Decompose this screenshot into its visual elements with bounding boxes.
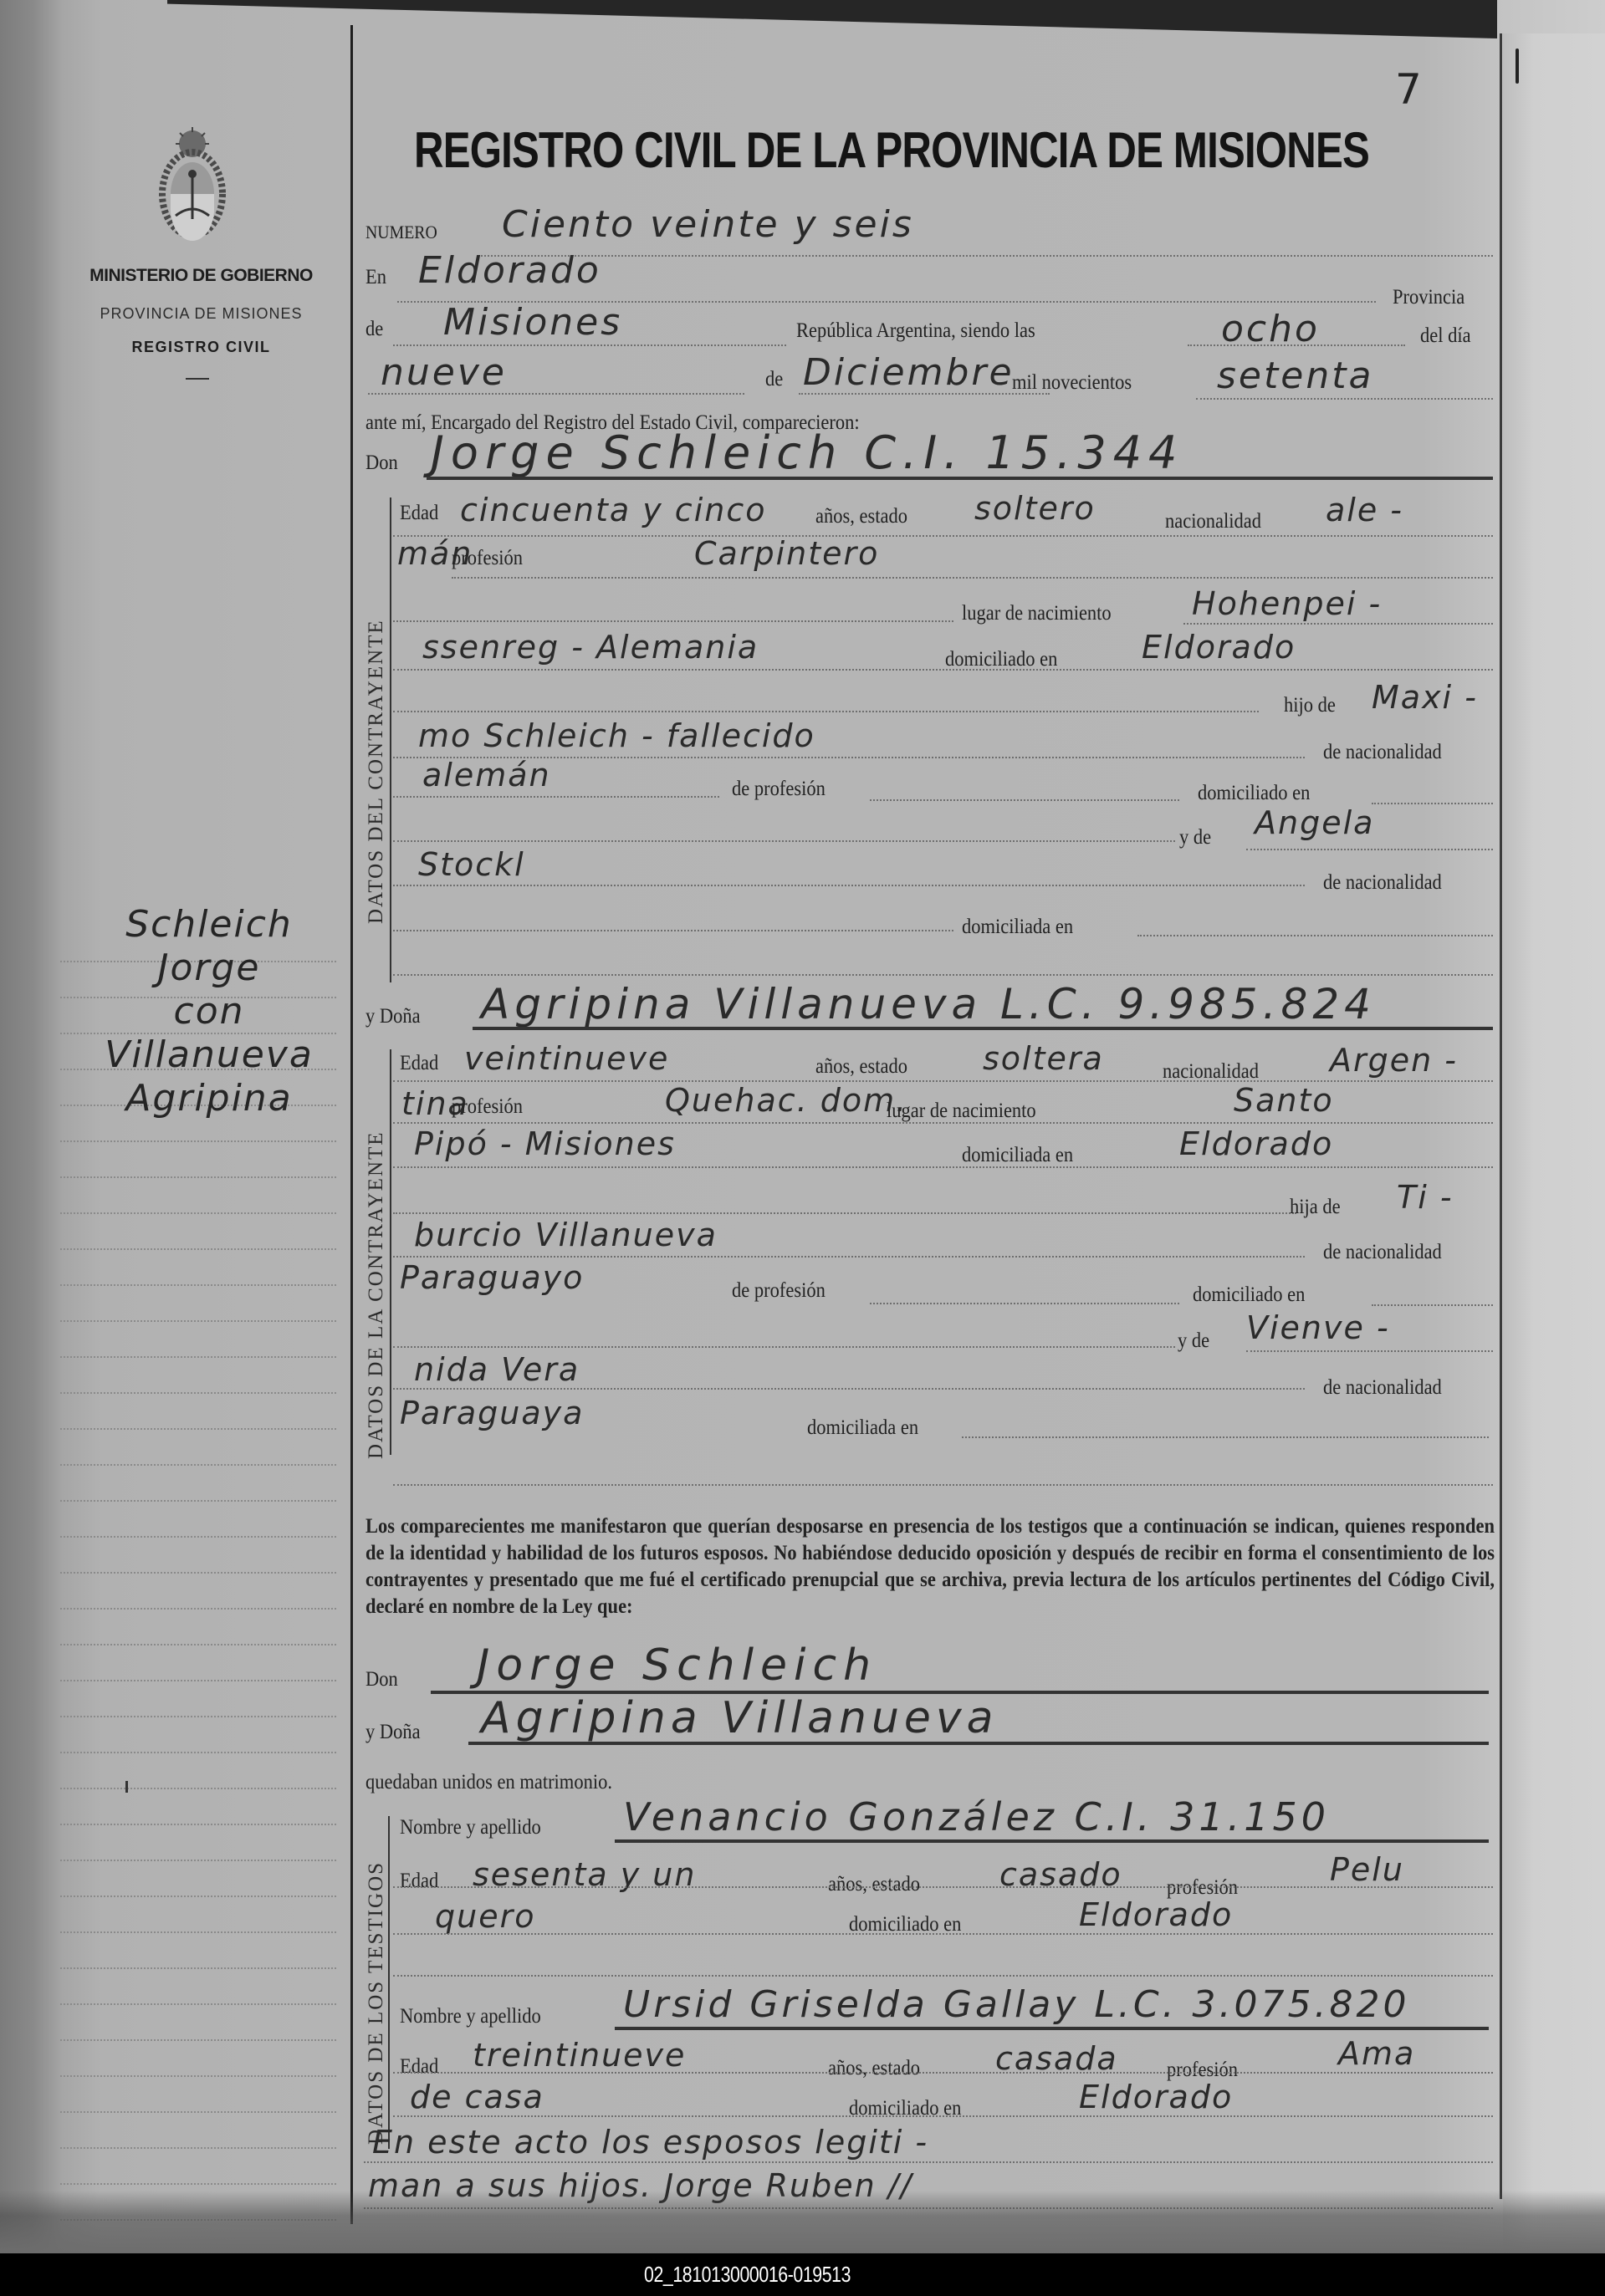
anio-value: setenta	[1217, 355, 1373, 397]
contrayente-lugar-nacimiento-1: Hohenpei -	[1192, 585, 1382, 622]
domiciliado-label: domiciliado en	[945, 648, 1057, 671]
field-line	[393, 1256, 1305, 1258]
declaration-don-value: Jorge Schleich	[477, 1640, 877, 1691]
field-line	[1137, 935, 1493, 936]
testigo-1-profesion-1: Pelu	[1330, 1851, 1404, 1888]
argentine-coat-of-arms-icon	[157, 125, 227, 242]
de-label: de	[365, 318, 383, 341]
margin-ruled-lines	[60, 926, 336, 2293]
mes-de-label: de	[765, 368, 783, 391]
edad-label: Edad	[400, 1052, 438, 1075]
page-number: 7	[1395, 65, 1422, 114]
office-name: REGISTRO CIVIL	[57, 339, 345, 356]
profesion-label: profesión	[452, 547, 523, 570]
novecientos-label: mil novecientos	[1012, 371, 1132, 395]
field-line	[393, 840, 1175, 842]
ministry-name: MINISTERIO DE GOBIERNO	[57, 266, 345, 286]
testigo-1-profesion-2: quero	[435, 1898, 535, 1935]
closing-text: quedaban unidos en matrimonio.	[365, 1771, 612, 1794]
field-line	[481, 255, 1493, 257]
contrayente-f-profesion: Quehac. dom.	[665, 1082, 907, 1119]
madre-nacionalidad-label: de nacionalidad	[1323, 871, 1442, 895]
field-line	[368, 393, 744, 395]
field-line	[427, 477, 1493, 480]
field-line	[870, 799, 1179, 801]
filename-label: 02_181013000016-019513	[644, 2262, 851, 2288]
del-dia-label: del día	[1420, 324, 1471, 348]
margin-note-line: Schleich	[71, 903, 347, 946]
edad-label: Edad	[400, 502, 438, 525]
contrayente-f-madre-1: Vienve -	[1246, 1309, 1390, 1346]
contrayente-profesion: Carpintero	[694, 535, 879, 572]
field-line	[393, 974, 1493, 976]
republica-label: República Argentina, siendo las	[796, 319, 1035, 343]
contrayente-f-domicilio: Eldorado	[1179, 1125, 1333, 1162]
de-value: Misiones	[443, 301, 622, 344]
anios-estado-label: años, estado	[815, 1055, 907, 1079]
testigo-1-domicilio: Eldorado	[1079, 1896, 1233, 1933]
section-bracket	[388, 1816, 390, 2149]
field-line	[962, 1436, 1489, 1438]
provincia-label: Provincia	[1393, 286, 1464, 309]
contrayente-domicilio: Eldorado	[1142, 629, 1296, 666]
contrayente-f-padre-1: Ti -	[1397, 1179, 1454, 1216]
contrayente-edad: cincuenta y cinco	[460, 492, 766, 528]
testigo-2-domicilio: Eldorado	[1079, 2079, 1233, 2115]
contrayente-nacionalidad-1: ale -	[1326, 492, 1403, 528]
field-line	[393, 930, 953, 931]
field-line	[393, 1484, 1493, 1486]
field-line	[1372, 803, 1493, 804]
dona-label: y Doña	[365, 1005, 421, 1028]
madre-domicilio-label: domiciliada en	[962, 916, 1073, 939]
divider-dash	[186, 378, 209, 380]
field-line	[393, 796, 719, 798]
mes-value: Diciembre	[803, 351, 1015, 394]
field-line	[393, 344, 786, 346]
field-line	[393, 669, 1493, 671]
field-line	[393, 711, 1259, 712]
y-de-label: y de	[1179, 826, 1211, 850]
field-line	[393, 2072, 1493, 2074]
field-line	[393, 1122, 1493, 1124]
padre-profesion-label: de profesión	[732, 778, 826, 801]
contrayente-padre-nacionalidad: alemán	[422, 757, 551, 793]
don-label: Don	[365, 452, 398, 475]
padre-nacionalidad-label: de nacionalidad	[1323, 1241, 1442, 1264]
field-line	[468, 1742, 1489, 1745]
testigo-2-anios-estado-label: años, estado	[828, 2057, 920, 2080]
field-line	[452, 577, 1493, 579]
y-de-label: y de	[1178, 1329, 1209, 1353]
contrayente-f-edad: veintinueve	[464, 1040, 669, 1077]
en-value: Eldorado	[418, 249, 601, 292]
field-line	[364, 2161, 1493, 2163]
testigo-2-nombre: Ursid Griselda Gallay L.C. 3.075.820	[623, 1983, 1410, 2026]
profesion-label: profesión	[452, 1095, 523, 1119]
declaration-paragraph: Los comparecientes me manifestaron que q…	[365, 1513, 1495, 1620]
don-label: Don	[365, 1668, 398, 1691]
dona-label: y Doña	[365, 1721, 421, 1744]
field-line	[1196, 398, 1493, 400]
margin-note-line: Agripina	[71, 1077, 347, 1120]
contrayente-madre-2: Stockl	[418, 846, 525, 883]
field-line	[1188, 344, 1405, 346]
padre-domicilio-label: domiciliado en	[1193, 1283, 1305, 1307]
lugar-nacimiento-label: lugar de nacimiento	[887, 1100, 1036, 1123]
section-bracket	[390, 497, 391, 982]
domiciliada-label: domiciliada en	[962, 1144, 1073, 1167]
contrayente-f-padre-nacionalidad: Paraguayo	[400, 1259, 584, 1296]
section-label-contrayente: DATOS DEL CONTRAYENTE	[365, 619, 388, 924]
section-label-testigos: DATOS DE LOS TESTIGOS	[365, 1861, 388, 2145]
field-line	[393, 2115, 1493, 2117]
section-label-contrayente-f: DATOS DE LA CONTRAYENTE	[365, 1130, 388, 1459]
padre-domicilio-label: domiciliado en	[1198, 782, 1310, 805]
contrayente-nombre: Jorge Schleich C.I. 15.344	[431, 426, 1183, 479]
field-line	[393, 1933, 1493, 1935]
dia-value: nueve	[381, 351, 507, 394]
contrayente-madre-1: Angela	[1255, 804, 1374, 841]
en-label: En	[365, 266, 386, 289]
filename-bar: 02_181013000016-019513	[0, 2253, 1605, 2296]
contrayente-f-nombre: Agripina Villanueva L.C. 9.985.824	[481, 980, 1376, 1028]
margin-note-line: con	[71, 990, 347, 1033]
margin-note-line: Jorge	[71, 946, 347, 990]
field-line	[393, 620, 953, 622]
nacionalidad-label: nacionalidad	[1165, 510, 1261, 533]
field-line	[1372, 1304, 1493, 1306]
field-line	[393, 1886, 1493, 1888]
field-line	[393, 1212, 1296, 1214]
contrayente-lugar-nacimiento-2: ssenreg - Alemania	[422, 629, 759, 666]
annotation-line-1: En este acto los esposos legiti -	[372, 2124, 928, 2161]
contrayente-padre-1: Maxi -	[1372, 679, 1478, 716]
anios-estado-label: años, estado	[815, 505, 907, 528]
bottom-shadow	[0, 2191, 1605, 2253]
contrayente-f-nacionalidad-1: Argen -	[1330, 1042, 1458, 1079]
page-border	[1500, 33, 1502, 2199]
margin-divider	[350, 25, 353, 2224]
hija-de-label: hija de	[1290, 1196, 1341, 1219]
numero-value: Ciento veinte y seis	[502, 203, 914, 246]
margin-annotation: Schleich Jorge con Villanueva Agripina	[71, 903, 347, 1120]
contrayente-f-estado: soltera	[983, 1040, 1104, 1077]
section-bracket	[390, 1049, 391, 1455]
field-line	[615, 1839, 1489, 1843]
testigo-2-profesion-1: Ama	[1338, 2035, 1415, 2072]
page-title: REGISTRO CIVIL DE LA PROVINCIA DE MISION…	[414, 121, 1265, 179]
field-line	[393, 1975, 1493, 1977]
madre-domicilio-label: domiciliada en	[807, 1416, 918, 1440]
contrayente-f-madre-2: nida Vera	[414, 1351, 580, 1388]
declaration-dona-value: Agripina Villanueva	[481, 1693, 999, 1743]
padre-profesion-label: de profesión	[732, 1279, 826, 1303]
testigo-2-nombre-label: Nombre y apellido	[400, 2005, 541, 2028]
margin-mark	[125, 1781, 128, 1793]
testigo-2-edad: treintinueve	[473, 2037, 686, 2074]
testigo-1-anios-estado-label: años, estado	[828, 1873, 920, 1896]
field-line	[393, 885, 1305, 886]
field-line	[1246, 1350, 1493, 1352]
testigo-1-nombre-label: Nombre y apellido	[400, 1816, 541, 1839]
province-name: PROVINCIA DE MISIONES	[57, 305, 345, 323]
padre-nacionalidad-label: de nacionalidad	[1323, 741, 1442, 764]
edge-mark	[1516, 48, 1519, 84]
contrayente-f-lugar-nacimiento-2: Pipó - Misiones	[414, 1125, 676, 1162]
contrayente-padre-2: mo Schleich - fallecido	[418, 717, 815, 754]
field-line	[393, 1166, 1493, 1168]
contrayente-f-padre-2: burcio Villanueva	[414, 1217, 718, 1253]
testigo-1-nombre: Venancio González C.I. 31.150	[623, 1794, 1330, 1839]
contrayente-estado: soltero	[974, 490, 1096, 527]
testigo-2-profesion-2: de casa	[410, 2079, 544, 2115]
adjacent-page-edge	[1503, 33, 1605, 2253]
contrayente-f-madre-nacionalidad: Paraguaya	[400, 1395, 584, 1431]
field-line	[393, 1346, 1175, 1348]
field-line	[393, 1388, 1305, 1390]
numero-label: NUMERO	[365, 222, 437, 243]
madre-nacionalidad-label: de nacionalidad	[1323, 1376, 1442, 1400]
field-line	[1183, 623, 1493, 625]
hijo-de-label: hijo de	[1284, 694, 1336, 717]
field-line	[1246, 849, 1493, 850]
field-line	[473, 1027, 1493, 1030]
field-line	[615, 2027, 1489, 2030]
testigo-1-edad-label: Edad	[400, 1870, 438, 1893]
testigo-2-edad-label: Edad	[400, 2055, 438, 2079]
contrayente-f-lugar-nacimiento-1: Santo	[1234, 1082, 1334, 1119]
margin-note-line: Villanueva	[71, 1033, 347, 1077]
field-line	[870, 1303, 1179, 1304]
field-line	[393, 535, 1493, 537]
lugar-nacimiento-label: lugar de nacimiento	[962, 602, 1112, 625]
